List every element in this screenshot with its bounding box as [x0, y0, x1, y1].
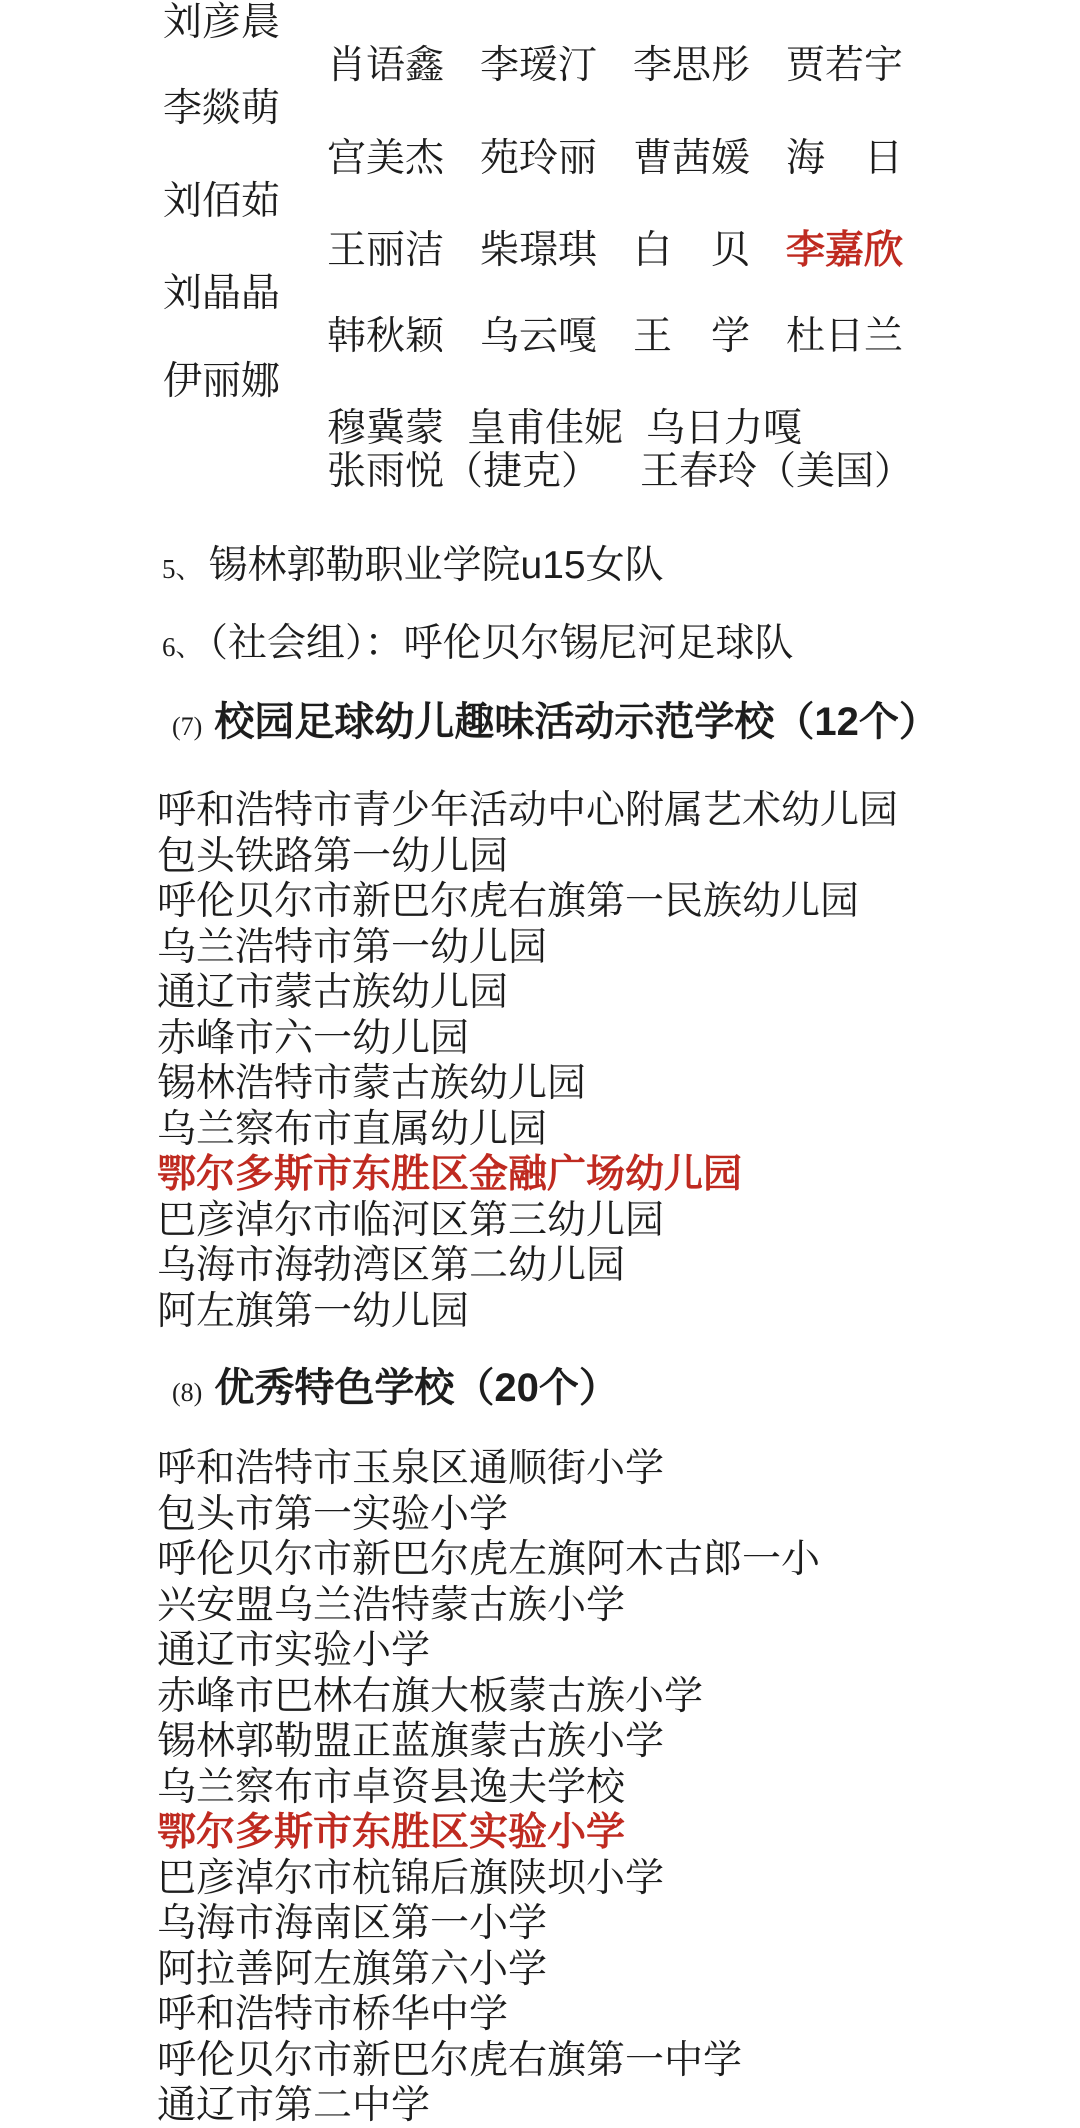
list-item: 赤峰市六一幼儿园 — [157, 1016, 1050, 1062]
player-name: 海 日 — [786, 136, 903, 182]
section-heading-text: 校园足球幼儿趣味活动示范学校（12个） — [214, 700, 939, 744]
list-item: 赤峰市巴林右旗大板蒙古族小学 — [157, 1674, 1050, 1720]
section-item-5: 5、锡林郭勒职业学院u15女队 — [162, 543, 664, 592]
list-item: 乌海市海南区第一小学 — [157, 1901, 1050, 1947]
roster-row: 肖语鑫李瑷汀李思彤贾若宇 — [327, 43, 903, 89]
list-item: 呼和浩特市玉泉区通顺街小学 — [157, 1446, 1050, 1492]
section-heading-8: (8)优秀特色学校（20个） — [172, 1364, 619, 1417]
player-name: 皇甫佳妮 — [467, 406, 623, 452]
list-item: 巴彦淖尔市杭锦后旗陕坝小学 — [157, 1856, 1050, 1902]
list-item: 通辽市蒙古族幼儿园 — [157, 970, 1050, 1016]
list-item: 乌兰浩特市第一幼儿园 — [157, 925, 1050, 971]
roster-section: 刘彦晨 李燚萌 刘佰茹 刘晶晶 伊丽娜 肖语鑫李瑷汀李思彤贾若宇 宫美杰苑玲丽曹… — [0, 0, 1080, 540]
list-item: 阿拉善阿左旗第六小学 — [157, 1947, 1050, 1993]
section-heading-text: 优秀特色学校（20个） — [214, 1366, 619, 1410]
list-item: 通辽市实验小学 — [157, 1628, 1050, 1674]
list-item: 兴安盟乌兰浩特蒙古族小学 — [157, 1583, 1050, 1629]
list-item: 呼伦贝尔市新巴尔虎右旗第一民族幼儿园 — [157, 879, 1050, 925]
list-item: 包头市第一实验小学 — [157, 1492, 1050, 1538]
list-item: 鄂尔多斯市东胜区金融广场幼儿园 — [157, 1152, 1050, 1198]
player-name: 杜日兰 — [786, 314, 903, 360]
player-name: 乌云嘎 — [480, 314, 597, 360]
list-item: 巴彦淖尔市临河区第三幼儿园 — [157, 1198, 1050, 1244]
player-name: 韩秋颖 — [327, 314, 444, 360]
roster-row: 穆冀蒙皇甫佳妮乌日力嘎 — [327, 406, 802, 452]
roster-left-name: 伊丽娜 — [163, 359, 280, 405]
section-heading-7: (7)校园足球幼儿趣味活动示范学校（12个） — [172, 698, 939, 751]
list-item: 锡林郭勒盟正蓝旗蒙古族小学 — [157, 1719, 1050, 1765]
list-item: 阿左旗第一幼儿园 — [157, 1289, 1050, 1335]
player-name: 贾若宇 — [786, 43, 903, 89]
player-name: 王春玲（美国） — [640, 449, 913, 495]
list-item: 鄂尔多斯市东胜区实验小学 — [157, 1810, 1050, 1856]
player-name: 乌日力嘎 — [646, 406, 802, 452]
player-name: 柴璟琪 — [480, 228, 597, 274]
list-item: 呼和浩特市青少年活动中心附属艺术幼儿园 — [157, 788, 1050, 834]
roster-row: 韩秋颖乌云嘎王 学杜日兰 — [327, 314, 903, 360]
list-item: 呼和浩特市桥华中学 — [157, 1992, 1050, 2038]
section-number: 5、 — [162, 554, 203, 584]
player-name: 白 贝 — [633, 228, 750, 274]
player-name: 宫美杰 — [327, 136, 444, 182]
player-name: 李瑷汀 — [480, 43, 597, 89]
roster-row: 宫美杰苑玲丽曹茜媛海 日 — [327, 136, 903, 182]
player-name: 张雨悦（捷克） — [327, 449, 600, 495]
player-name: 李嘉欣 — [786, 228, 903, 274]
player-name: 穆冀蒙 — [327, 406, 444, 452]
list-item: 乌兰察布市直属幼儿园 — [157, 1107, 1050, 1153]
roster-left-name: 李燚萌 — [163, 86, 280, 132]
player-name: 曹茜媛 — [633, 136, 750, 182]
section-item-6: 6、（社会组）：呼伦贝尔锡尼河足球队 — [162, 621, 794, 670]
list-item: 呼伦贝尔市新巴尔虎右旗第一中学 — [157, 2038, 1050, 2084]
list-item: 呼伦贝尔市新巴尔虎左旗阿木古郎一小 — [157, 1537, 1050, 1583]
section-text: 锡林郭勒职业学院u15女队 — [209, 544, 664, 587]
player-name: 王丽洁 — [327, 228, 444, 274]
schools-list: 呼和浩特市玉泉区通顺街小学 包头市第一实验小学 呼伦贝尔市新巴尔虎左旗阿木古郎一… — [157, 1446, 1050, 2128]
player-name: 王 学 — [633, 314, 750, 360]
roster-left-name: 刘晶晶 — [163, 271, 280, 317]
player-name: 苑玲丽 — [480, 136, 597, 182]
section-number: 6、 — [162, 632, 203, 662]
list-item: 通辽市第二中学 — [157, 2083, 1050, 2128]
list-item: 乌海市海勃湾区第二幼儿园 — [157, 1243, 1050, 1289]
section-number: (8) — [172, 1378, 202, 1407]
section-text: （社会组）：呼伦贝尔锡尼河足球队 — [209, 622, 794, 665]
document-page: 刘彦晨 李燚萌 刘佰茹 刘晶晶 伊丽娜 肖语鑫李瑷汀李思彤贾若宇 宫美杰苑玲丽曹… — [0, 0, 1080, 2128]
list-item: 锡林浩特市蒙古族幼儿园 — [157, 1061, 1050, 1107]
list-item: 乌兰察布市卓资县逸夫学校 — [157, 1765, 1050, 1811]
player-name: 肖语鑫 — [327, 43, 444, 89]
roster-row: 王丽洁柴璟琪白 贝李嘉欣 — [327, 228, 903, 274]
player-name: 李思彤 — [633, 43, 750, 89]
roster-row: 张雨悦（捷克）王春玲（美国） — [327, 449, 913, 495]
section-number: (7) — [172, 712, 202, 741]
kindergarten-list: 呼和浩特市青少年活动中心附属艺术幼儿园 包头铁路第一幼儿园 呼伦贝尔市新巴尔虎右… — [157, 788, 1050, 1334]
list-item: 包头铁路第一幼儿园 — [157, 834, 1050, 880]
roster-left-name: 刘佰茹 — [163, 179, 280, 225]
roster-left-name: 刘彦晨 — [163, 0, 280, 46]
